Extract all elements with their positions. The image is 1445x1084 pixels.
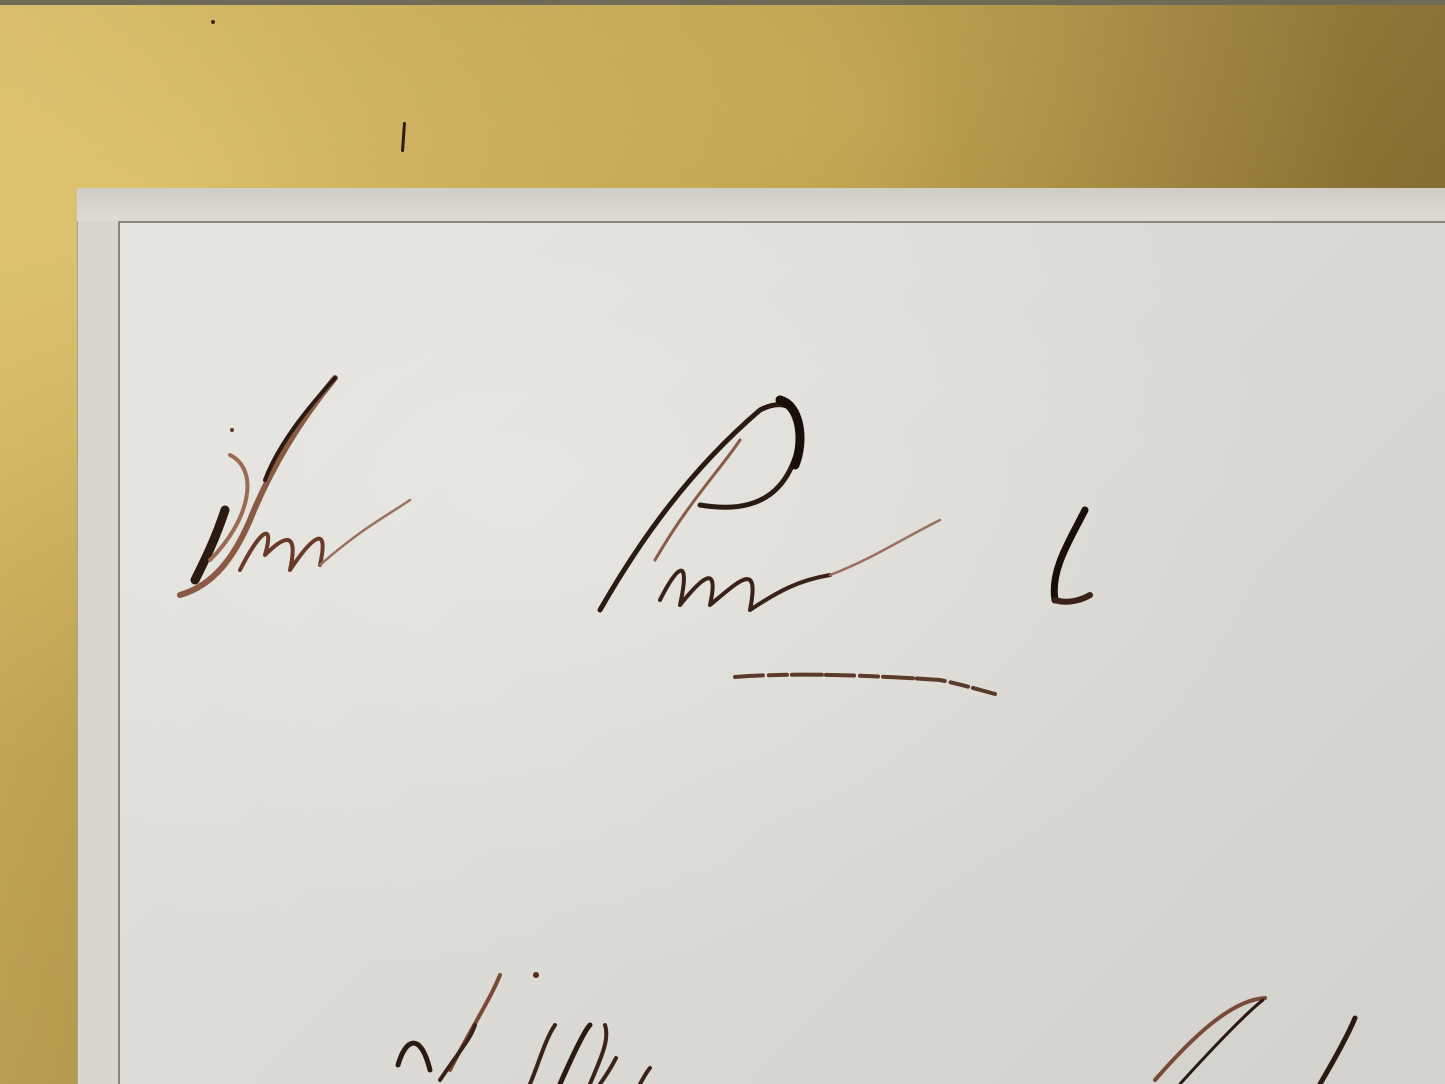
bevel-top-shade	[77, 188, 1445, 221]
framed-autograph-photo: Ben Perl My dear ...	[0, 0, 1445, 1084]
frame-top-edge	[0, 0, 1445, 5]
mat-speck	[211, 20, 215, 24]
document-paper	[118, 221, 1445, 1084]
